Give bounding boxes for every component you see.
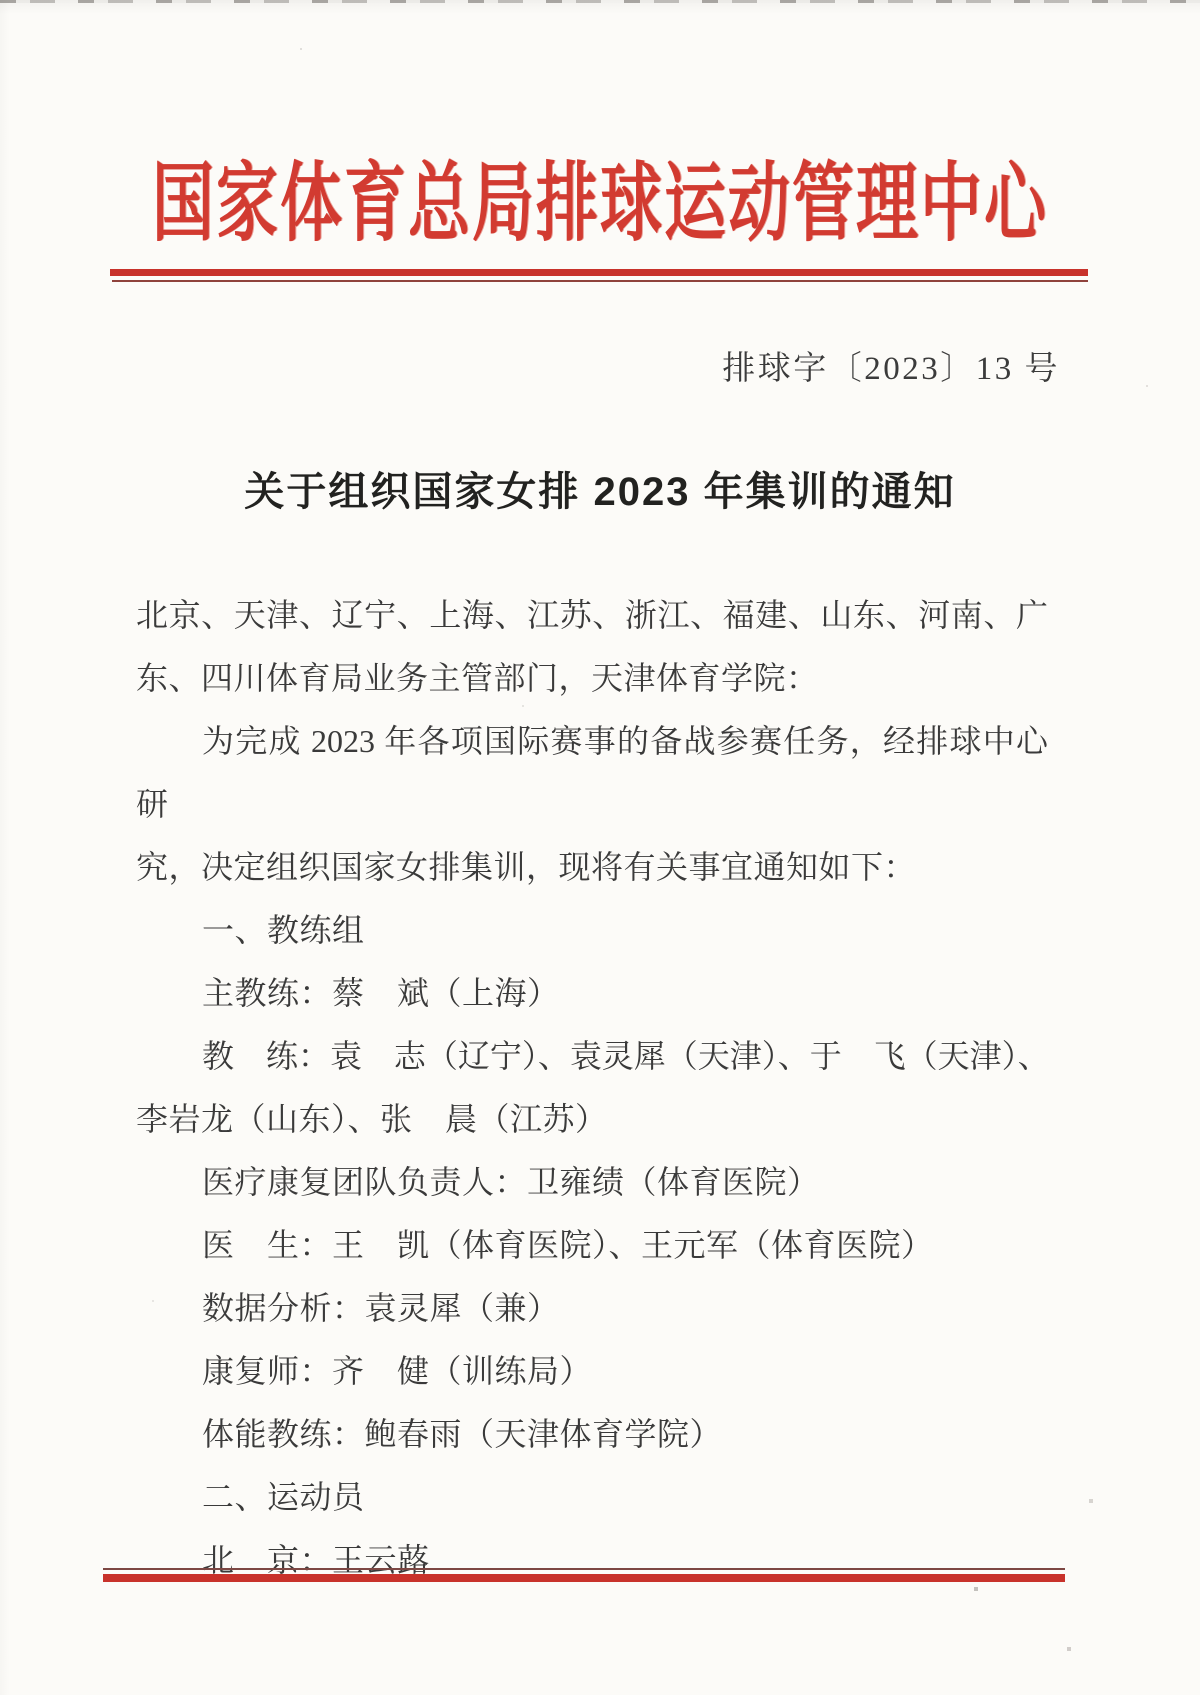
body-line-recipients-1: 北京、天津、辽宁、上海、江苏、浙江、福建、山东、河南、广 [136, 584, 1048, 647]
body-line-section-athletes: 二、运动员 [136, 1466, 1048, 1529]
scan-speckles [0, 0, 2, 2]
footer-rule-thick [103, 1574, 1065, 1582]
document-page: 国家体育总局排球运动管理中心 排球字〔2023〕13 号 关于组织国家女排 20… [0, 0, 1200, 1695]
header-rule-thick [110, 269, 1088, 276]
footer-rule-thin [103, 1568, 1065, 1570]
body-line-data-analyst: 数据分析：袁灵犀（兼） [136, 1277, 1048, 1340]
document-body: 北京、天津、辽宁、上海、江苏、浙江、福建、山东、河南、广 东、四川体育局业务主管… [136, 584, 1048, 1592]
body-line-head-coach: 主教练：蔡 斌（上海） [136, 962, 1048, 1025]
body-line-coaches-1: 教 练：袁 志（辽宁）、袁灵犀（天津）、于 飞（天津）、 [136, 1025, 1048, 1088]
body-line-fitness-coach: 体能教练：鲍春雨（天津体育学院） [136, 1403, 1048, 1466]
body-line-section-coaches: 一、教练组 [136, 899, 1048, 962]
document-title: 关于组织国家女排 2023 年集训的通知 [0, 460, 1200, 517]
body-line-athlete-beijing: 北 京：王云蕗 [136, 1529, 1048, 1592]
document-number: 排球字〔2023〕13 号 [722, 342, 1060, 389]
header-rule-thin [112, 280, 1088, 282]
body-line-intro-2: 究，决定组织国家女排集训，现将有关事宜通知如下： [136, 836, 1048, 899]
body-line-rehab: 康复师：齐 健（训练局） [136, 1340, 1048, 1403]
body-line-coaches-2: 李岩龙（山东）、张 晨（江苏） [136, 1088, 1048, 1151]
body-line-intro-1: 为完成 2023 年各项国际赛事的备战参赛任务，经排球中心研 [136, 710, 1048, 836]
body-line-medical-lead: 医疗康复团队负责人：卫雍绩（体育医院） [136, 1151, 1048, 1214]
body-line-recipients-2: 东、四川体育局业务主管部门，天津体育学院： [136, 647, 1048, 710]
agency-name: 国家体育总局排球运动管理中心 [0, 143, 1200, 267]
scan-edge-artifact [0, 0, 1200, 3]
body-line-doctors: 医 生：王 凯（体育医院）、王元军（体育医院） [136, 1214, 1048, 1277]
